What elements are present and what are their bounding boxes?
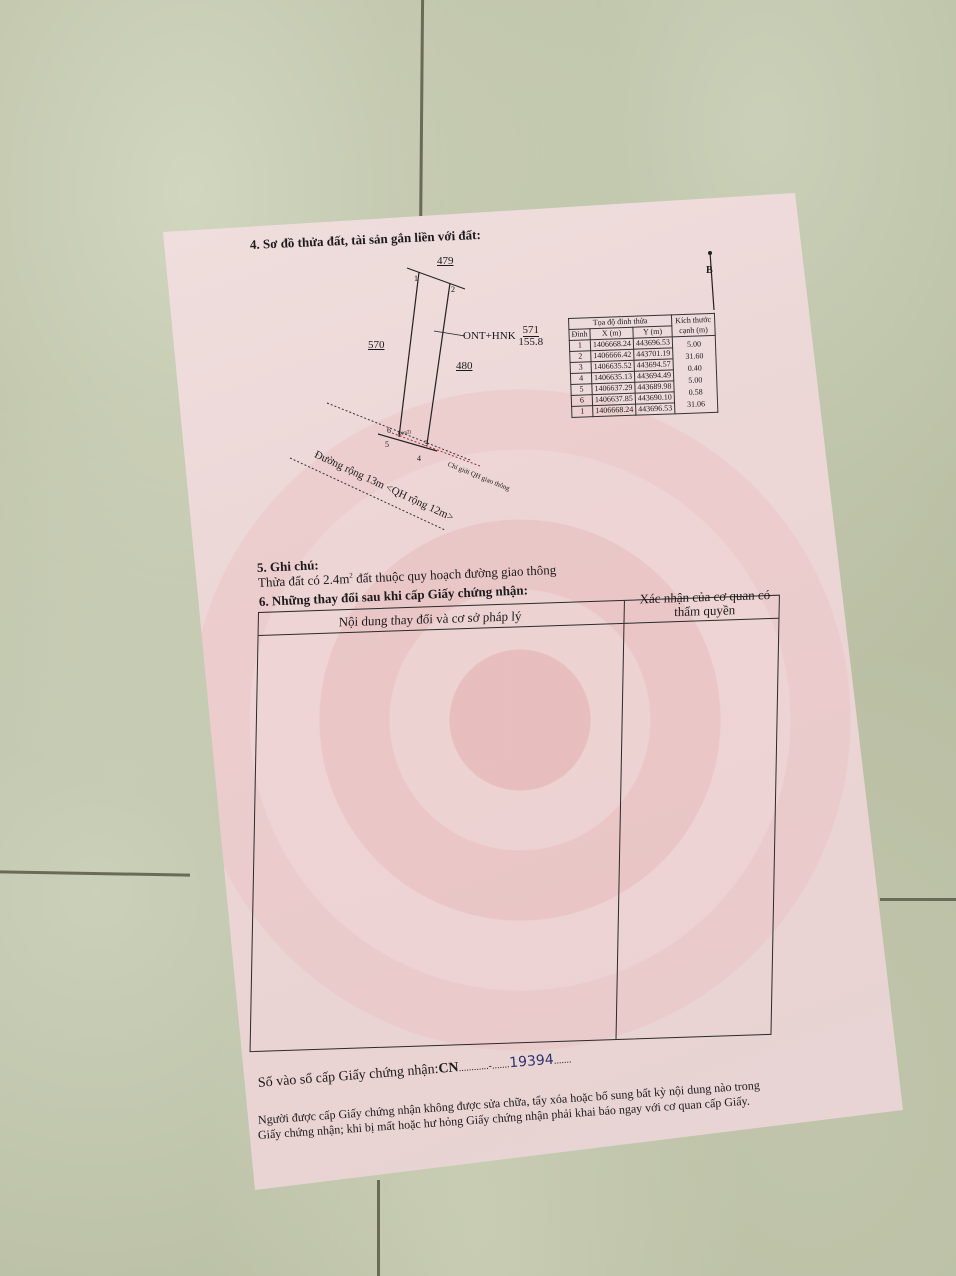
coord-cell-point: 6 <box>571 395 592 407</box>
edge-length-header: Kích thước cạnh (m) <box>671 313 715 336</box>
coord-cell-y: 443696.53 <box>636 403 675 415</box>
coord-cell-x: 1406635.52 <box>591 360 634 372</box>
point-label-2: 2 <box>451 285 455 294</box>
coord-cell-x: 1406668.24 <box>590 338 633 350</box>
neighbor-lot-479: 479 <box>437 255 454 267</box>
point-label-5: 5 <box>385 440 389 449</box>
coord-cell-point: 4 <box>570 373 591 385</box>
neighbor-lot-570: 570 <box>368 339 385 351</box>
north-arrow-label: B <box>706 265 713 276</box>
parcel-land-use: ONT+HNK <box>463 330 516 342</box>
note-text-pre: Thửa đất có 2.4m <box>258 571 350 590</box>
registration-dots-end: ....... <box>553 1054 571 1066</box>
neighbor-lot-480: 480 <box>456 360 473 372</box>
edge-length: 31.06 <box>677 398 715 411</box>
coord-cell-x: 1406637.29 <box>592 382 635 394</box>
coord-cell-point: 2 <box>570 351 591 363</box>
parcel-area: 155.8 <box>518 337 543 348</box>
coord-cell-y: 443689.98 <box>635 381 674 393</box>
coord-cell-x: 1406637.85 <box>592 393 635 405</box>
coord-cell-y: 443694.49 <box>634 370 673 382</box>
parcel-label: ONT+HNK 571 155.8 <box>463 325 543 348</box>
registration-dots: ............-....... <box>458 1059 510 1074</box>
coord-cell-x: 1406635.13 <box>591 371 634 383</box>
coord-cell-point: 5 <box>571 384 592 396</box>
coord-cell-point: 3 <box>570 362 591 374</box>
point-label-4: 4 <box>417 454 421 463</box>
point-label-3: 3 <box>424 439 428 448</box>
col-point-header: Đỉnh <box>569 329 590 341</box>
coord-cell-point: 1 <box>569 340 590 352</box>
coord-cell-x: 1406668.24 <box>593 404 636 416</box>
registration-number: 19394 <box>509 1052 555 1071</box>
coord-cell-point: 1 <box>572 406 593 418</box>
coord-cell-y: 443694.57 <box>634 359 673 371</box>
registration-prefix: CN <box>438 1060 459 1077</box>
parcel-fraction: 571 155.8 <box>518 325 543 348</box>
edge-lengths-cell: 5.0031.600.405.000.5831.06 <box>672 335 718 413</box>
changes-col2-header: Xác nhận của cơ quan có thẩm quyền <box>635 588 776 621</box>
changes-column-content <box>251 601 625 1051</box>
coord-cell-y: 443690.10 <box>635 392 674 404</box>
coord-cell-y: 443701.19 <box>634 348 673 360</box>
certificate-content: 4. Sơ đồ thửa đất, tài sản gắn liền với … <box>0 0 956 1276</box>
coordinate-table: Tọa độ đỉnh thửa Kích thước cạnh (m) Đỉn… <box>568 313 718 418</box>
point-label-1: 1 <box>414 274 418 283</box>
coord-cell-y: 443696.53 <box>633 337 672 349</box>
changes-table: Nội dung thay đổi và cơ sở pháp lý Xác n… <box>250 595 780 1053</box>
point-label-6: 6 <box>387 426 391 435</box>
coord-cell-x: 1406666.42 <box>591 349 634 361</box>
